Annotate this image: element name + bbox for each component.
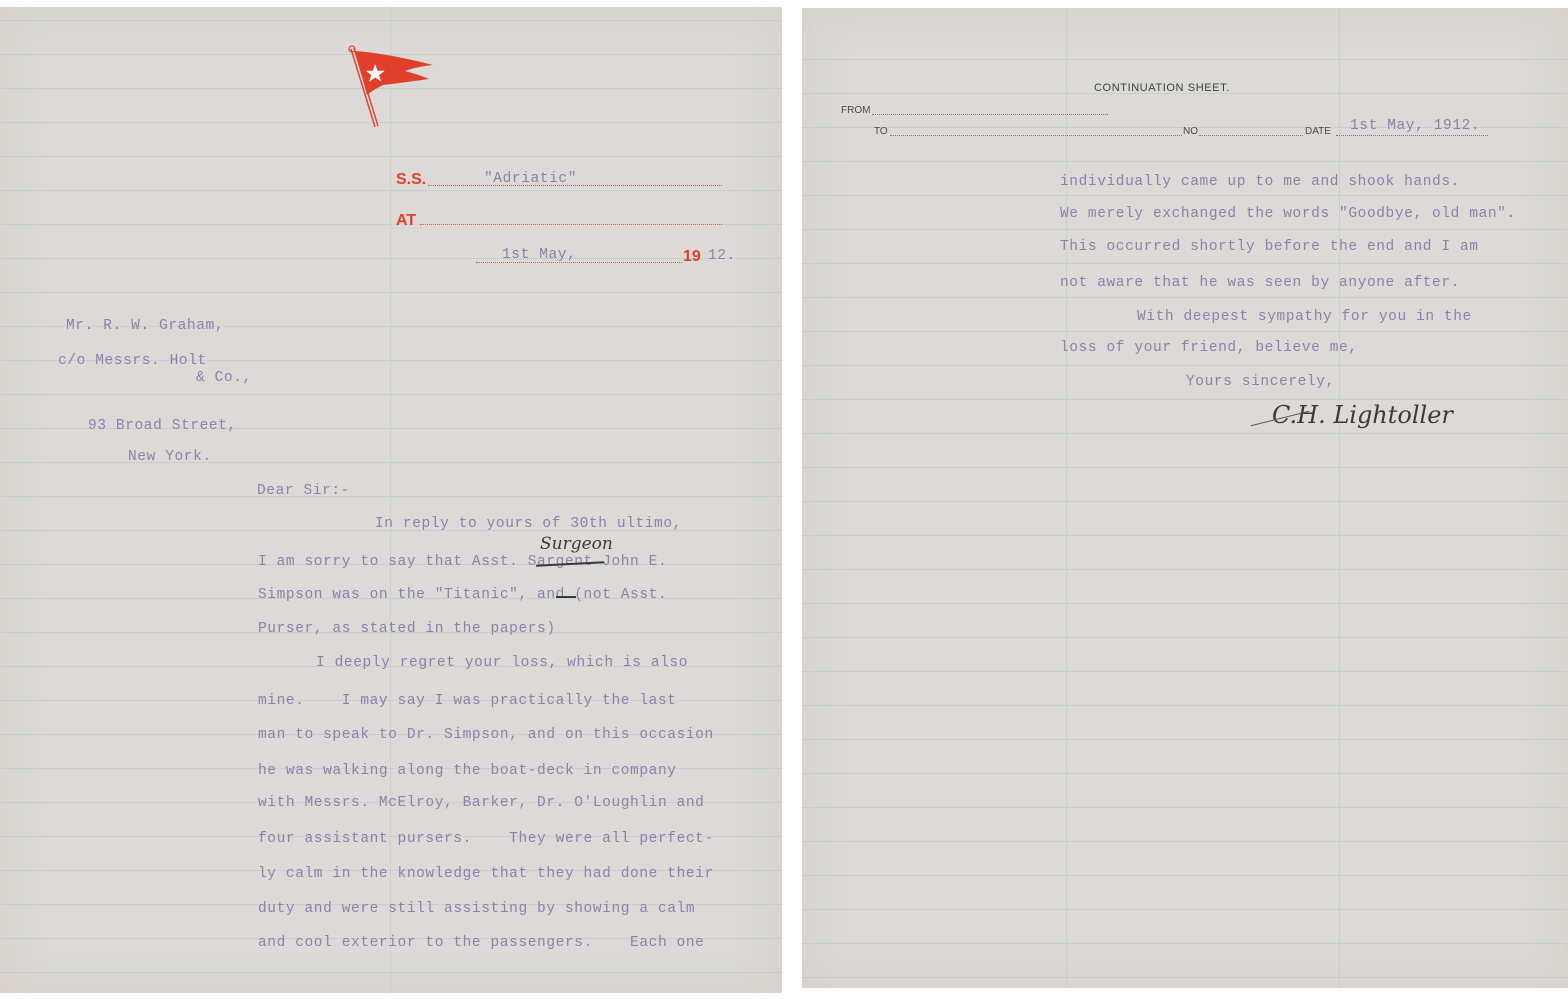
no-label: NO: [1183, 126, 1198, 137]
continuation-sheet-title: CONTINUATION SHEET.: [1094, 82, 1230, 94]
body-line: ly calm in the knowledge that they had d…: [258, 866, 714, 882]
body-line: In reply to yours of 30th ultimo,: [375, 516, 682, 532]
body-line: I am sorry to say that Asst. Sargent Joh…: [258, 554, 667, 570]
letter-page-2: CONTINUATION SHEET. FROM TO NO DATE 1st …: [802, 8, 1568, 988]
from-line: [872, 114, 1108, 115]
white-star-line-flag-icon: [345, 45, 440, 135]
body-line: Simpson was on the "Titanic", and (not A…: [258, 587, 667, 603]
body-line: not aware that he was seen by anyone aft…: [1060, 275, 1460, 291]
margin-line: [1339, 8, 1340, 988]
address-line-4: 93 Broad Street,: [88, 418, 237, 434]
year-suffix: 12.: [708, 248, 736, 264]
body-line: mine. I may say I was practically the la…: [258, 693, 677, 709]
body-line: he was walking along the boat-deck in co…: [258, 763, 677, 779]
ss-label: S.S.: [396, 171, 426, 189]
body-line: individually came up to me and shook han…: [1060, 174, 1460, 190]
address-line-3: & Co.,: [196, 370, 252, 386]
body-line: I deeply regret your loss, which is also: [316, 655, 688, 671]
margin-line: [1066, 8, 1067, 988]
body-line: We merely exchanged the words "Goodbye, …: [1060, 206, 1516, 222]
body-line: With deepest sympathy for you in the: [1137, 309, 1472, 325]
ship-name: "Adriatic": [484, 171, 577, 187]
body-line: man to speak to Dr. Simpson, and on this…: [258, 727, 714, 743]
body-line: duty and were still assisting by showing…: [258, 901, 695, 917]
body-line: Purser, as stated in the papers): [258, 621, 556, 637]
to-label: TO: [874, 126, 888, 137]
at-line: [420, 224, 722, 225]
from-label: FROM: [841, 105, 870, 116]
handwritten-correction: Surgeon: [540, 534, 613, 554]
date-label: DATE: [1305, 126, 1331, 137]
address-line-1: Mr. R. W. Graham,: [66, 318, 224, 334]
address-line-5: New York.: [128, 449, 212, 465]
at-label: AT: [396, 212, 416, 230]
body-line: with Messrs. McElroy, Barker, Dr. O'Loug…: [258, 795, 704, 811]
signature: C.H. Lightoller: [1272, 401, 1453, 429]
date-line: [1336, 135, 1488, 136]
body-line: This occurred shortly before the end and…: [1060, 239, 1479, 255]
address-line-2: c/o Messrs. Holt: [58, 353, 207, 369]
to-line: [890, 135, 1182, 136]
strikethrough-mark: [556, 596, 576, 598]
salutation: Dear Sir:-: [257, 483, 350, 499]
no-line: [1199, 135, 1303, 136]
date-value: 1st May, 1912.: [1350, 118, 1480, 134]
year-prefix: 19: [683, 248, 701, 266]
closing: Yours sincerely,: [1186, 374, 1335, 390]
body-line: four assistant pursers. They were all pe…: [258, 831, 714, 847]
body-line: loss of your friend, believe me,: [1060, 340, 1358, 356]
body-line: and cool exterior to the passengers. Eac…: [258, 935, 704, 951]
letter-page-1: S.S. "Adriatic" AT 1st May, 19 12. Mr. R…: [0, 7, 782, 993]
letter-date: 1st May,: [502, 247, 576, 263]
